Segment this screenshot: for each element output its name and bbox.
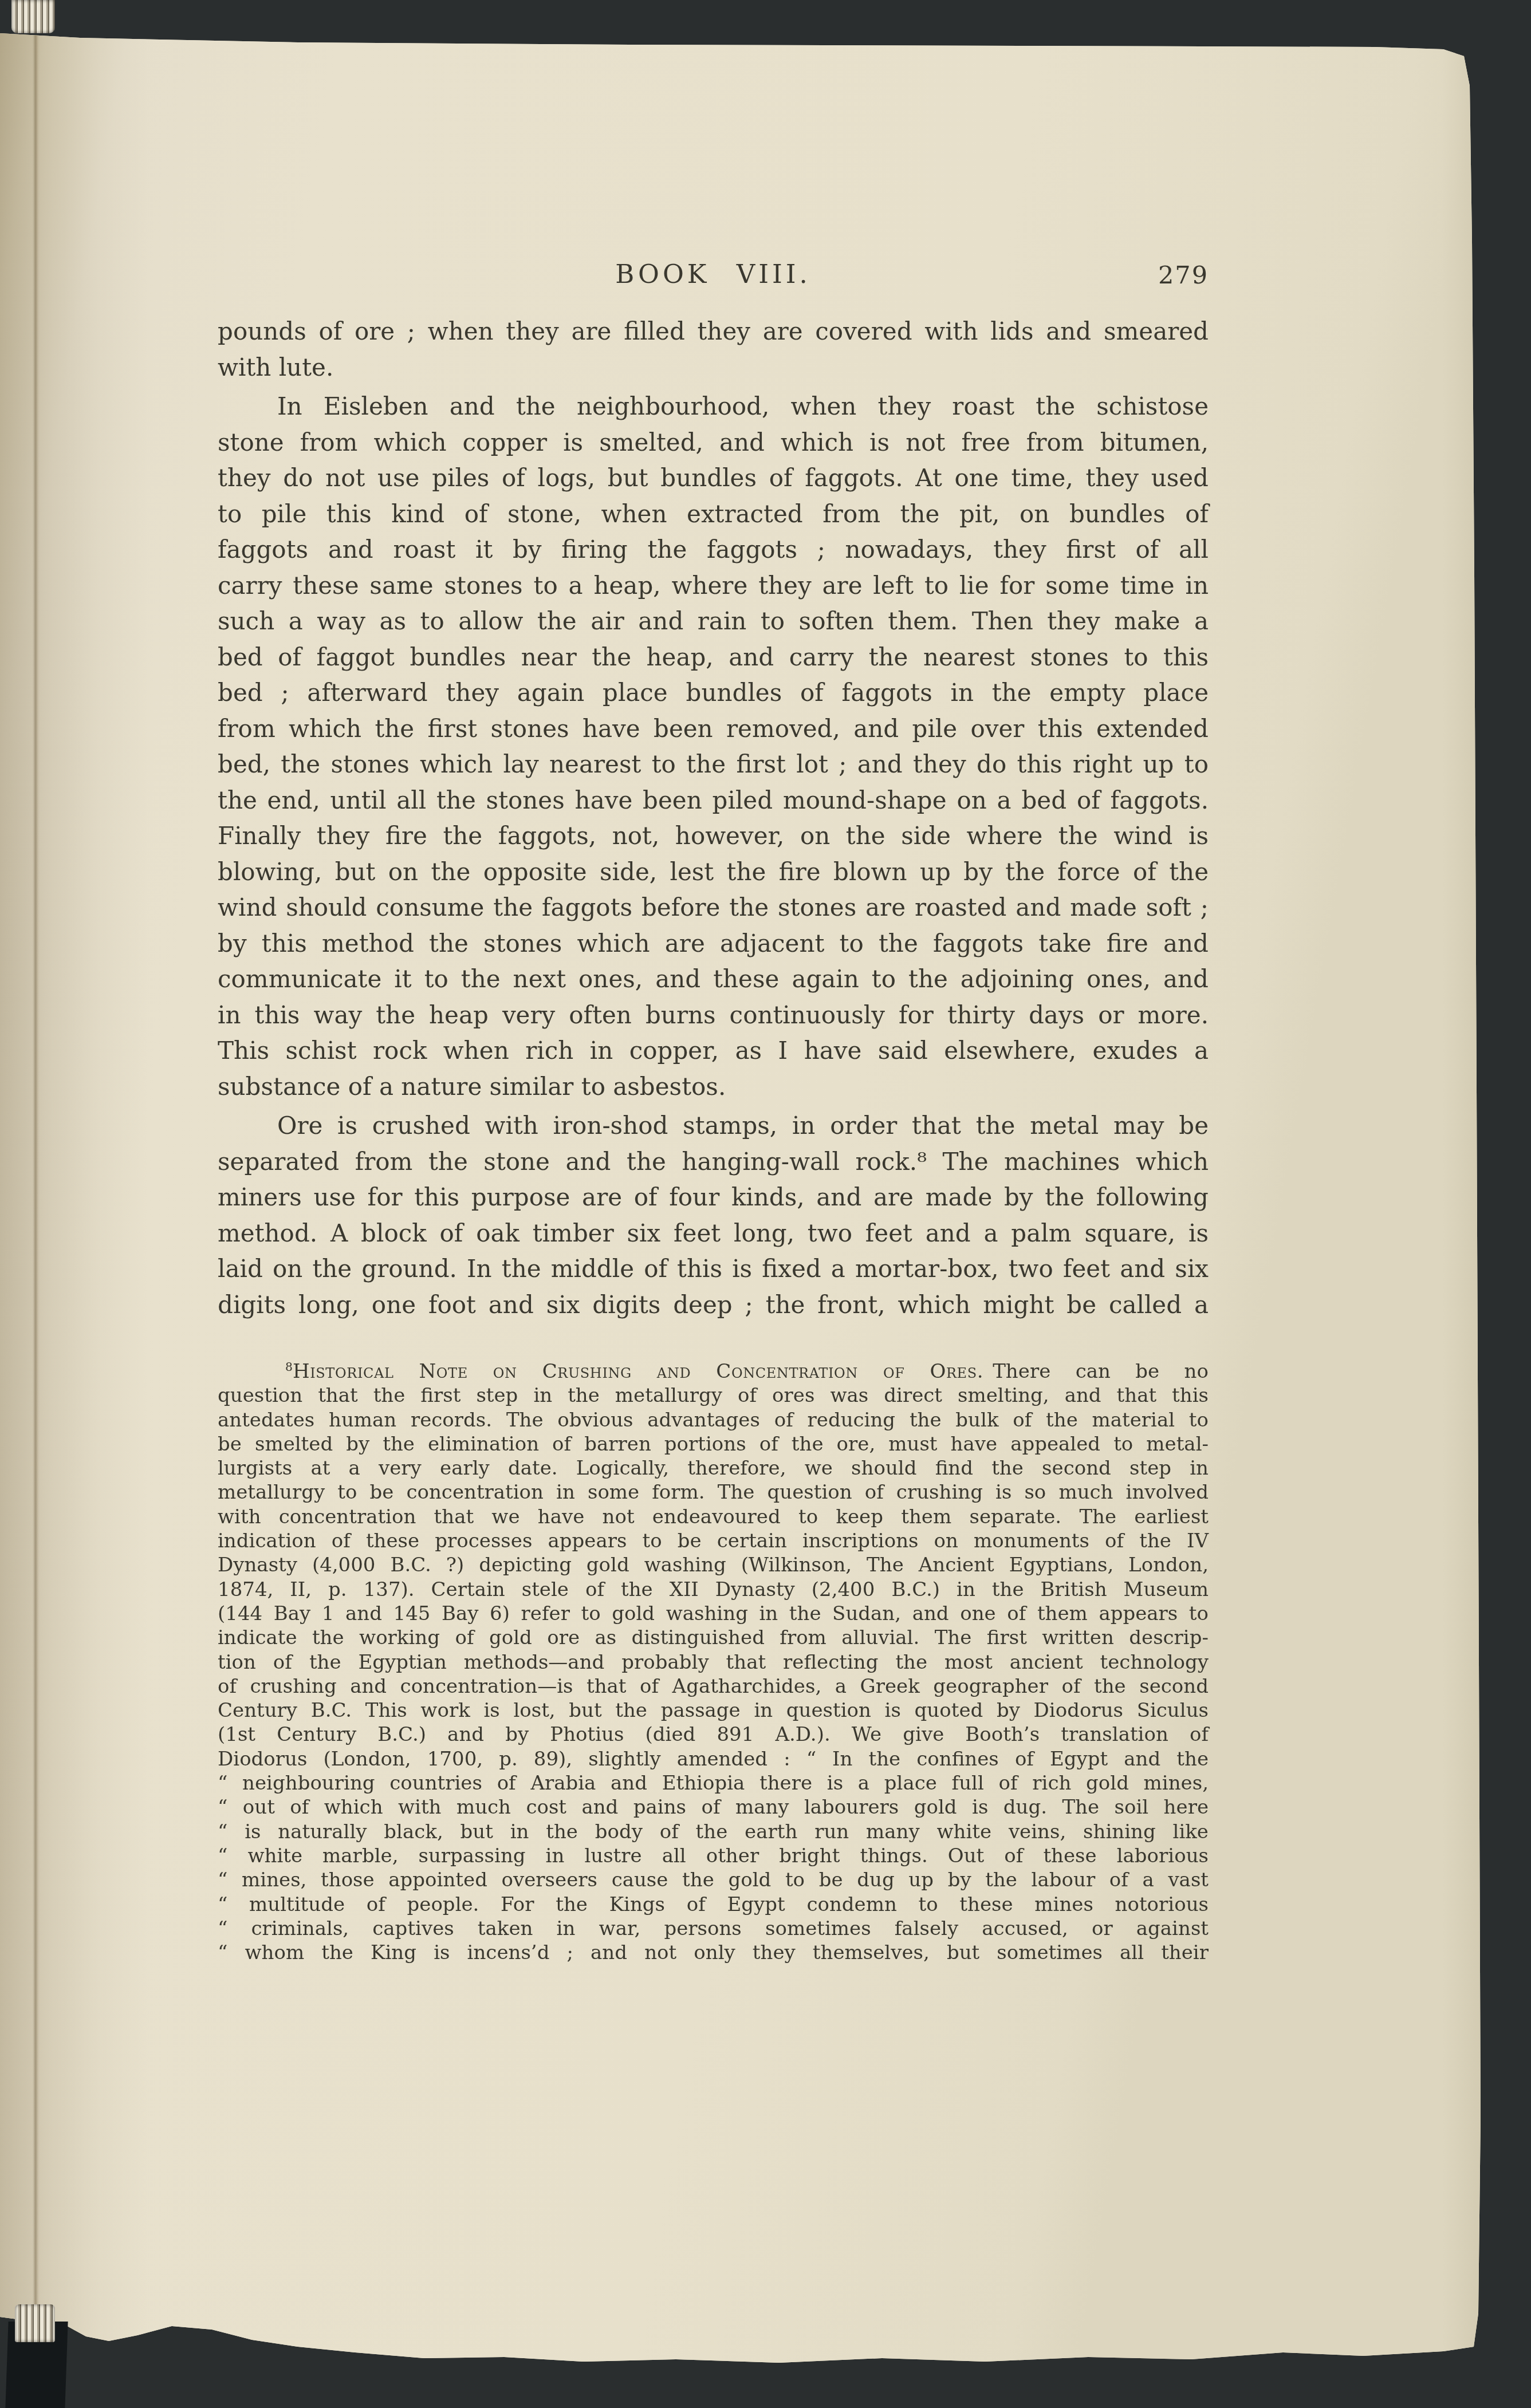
scan-background: { "colors": { "background": "#2a2e2f", "…: [0, 0, 1531, 2408]
page-gutter-shadow: [0, 0, 149, 2408]
text-line: blowing, but on the opposite side, lest …: [218, 854, 1209, 890]
text-line: communicate it to the next ones, and the…: [218, 961, 1209, 998]
body-text: pounds of ore ; when they are filled the…: [218, 314, 1209, 1323]
paragraph: In Eisleben and the neighbourhood, when …: [218, 389, 1209, 1105]
footnote-line: of crushing and concentration—is that of…: [218, 1674, 1209, 1698]
footnote-line: lurgists at a very early date. Logically…: [218, 1456, 1209, 1480]
footnote-line: be smelted by the elimination of barren …: [218, 1432, 1209, 1456]
footnote-line: antedates human records. The obvious adv…: [218, 1408, 1209, 1432]
text-line: This schist rock when rich in copper, as…: [218, 1033, 1209, 1069]
text-line: method. A block of oak timber six feet l…: [218, 1216, 1209, 1252]
footnote-block: 8Historical Note on Crushing and Concent…: [218, 1359, 1209, 1965]
text-line: bed, the stones which lay nearest to the…: [218, 747, 1209, 783]
footnote-line: Diodorus (London, 1700, p. 89), slightly…: [218, 1747, 1209, 1771]
text-line: stone from which copper is smelted, and …: [218, 425, 1209, 461]
text-line: by this method the stones which are adja…: [218, 926, 1209, 962]
book-scan: BOOK VIII. 279 pounds of ore ; when they…: [0, 0, 1531, 2408]
text-line: miners use for this purpose are of four …: [218, 1180, 1209, 1216]
text-line: wind should consume the faggots before t…: [218, 890, 1209, 926]
footnote-line: metallurgy to be concentration in some f…: [218, 1480, 1209, 1504]
text-line: faggots and roast it by firing the faggo…: [218, 532, 1209, 568]
text-line: separated from the stone and the hanging…: [218, 1144, 1209, 1180]
footnote-line: question that the first step in the meta…: [218, 1384, 1209, 1408]
footnote-first-line: 8Historical Note on Crushing and Concent…: [218, 1359, 1209, 1384]
footnote-marker: 8: [285, 1360, 293, 1374]
text-line: pounds of ore ; when they are filled the…: [218, 314, 1209, 350]
footnote-line: (144 Bay 1 and 145 Bay 6) refer to gold …: [218, 1602, 1209, 1626]
footnote-line: “ mines, those appointed overseers cause…: [218, 1868, 1209, 1892]
text-line: such a way as to allow the air and rain …: [218, 604, 1209, 640]
footnote-line: “ out of which with much cost and pains …: [218, 1795, 1209, 1819]
text-line: from which the first stones have been re…: [218, 711, 1209, 747]
footnote-line: indication of these processes appears to…: [218, 1529, 1209, 1553]
text-line: bed of faggot bundles near the heap, and…: [218, 640, 1209, 676]
footnote-line: “ is naturally black, but in the body of…: [218, 1820, 1209, 1844]
footnote-line: “ neighbouring countries of Arabia and E…: [218, 1771, 1209, 1795]
text-line: bed ; afterward they again place bundles…: [218, 675, 1209, 711]
text-line: digits long, one foot and six digits dee…: [218, 1287, 1209, 1323]
text-line: the end, until all the stones have been …: [218, 783, 1209, 819]
text-line: with lute.: [218, 350, 1209, 386]
footnote-line: “ white marble, surpassing in lustre all…: [218, 1844, 1209, 1868]
text-line: carry these same stones to a heap, where…: [218, 568, 1209, 604]
running-title: BOOK VIII.: [218, 259, 1209, 289]
footnote-line: Dynasty (4,000 B.C. ?) depicting gold wa…: [218, 1553, 1209, 1577]
text-line: Finally they fire the faggots, not, howe…: [218, 818, 1209, 854]
text-line: laid on the ground. In the middle of thi…: [218, 1251, 1209, 1287]
page-right-edge-shade: [1442, 34, 1488, 2359]
footnote-first-line-text: There can be no: [993, 1360, 1209, 1383]
paragraph: Ore is crushed with iron-shod stamps, in…: [218, 1108, 1209, 1323]
book-page: BOOK VIII. 279 pounds of ore ; when they…: [0, 0, 1531, 2408]
headband-bottom: [15, 2304, 55, 2342]
footnote-heading: Historical Note on Crushing and Concentr…: [293, 1360, 983, 1383]
headband-top: [11, 0, 55, 33]
text-line: Ore is crushed with iron-shod stamps, in…: [218, 1108, 1209, 1144]
footnote-line: indicate the working of gold ore as dist…: [218, 1626, 1209, 1650]
footnote-line: tion of the Egyptian methods—and probabl…: [218, 1650, 1209, 1674]
text-line: In Eisleben and the neighbourhood, when …: [218, 389, 1209, 425]
footnote-line: (1st Century B.C.) and by Photius (died …: [218, 1723, 1209, 1747]
page-header: BOOK VIII. 279: [218, 259, 1209, 299]
page-number: 279: [1158, 261, 1209, 290]
paragraph: pounds of ore ; when they are filled the…: [218, 314, 1209, 385]
footnote-lines: question that the first step in the meta…: [218, 1384, 1209, 1965]
footnote-line: “ whom the King is incens’d ; and not on…: [218, 1941, 1209, 1965]
footnote-line: 1874, II, p. 137). Certain stele of the …: [218, 1578, 1209, 1602]
text-line: to pile this kind of stone, when extract…: [218, 496, 1209, 533]
footnote-line: with concentration that we have not ende…: [218, 1505, 1209, 1529]
page-gutter-crease: [33, 23, 39, 2348]
text-line: in this way the heap very often burns co…: [218, 998, 1209, 1034]
footnote-line: “ multitude of people. For the Kings of …: [218, 1893, 1209, 1917]
text-line: they do not use piles of logs, but bundl…: [218, 460, 1209, 496]
text-line: substance of a nature similar to asbesto…: [218, 1069, 1209, 1105]
footnote-line: Century B.C. This work is lost, but the …: [218, 1698, 1209, 1723]
footnote-line: “ criminals, captives taken in war, pers…: [218, 1917, 1209, 1941]
